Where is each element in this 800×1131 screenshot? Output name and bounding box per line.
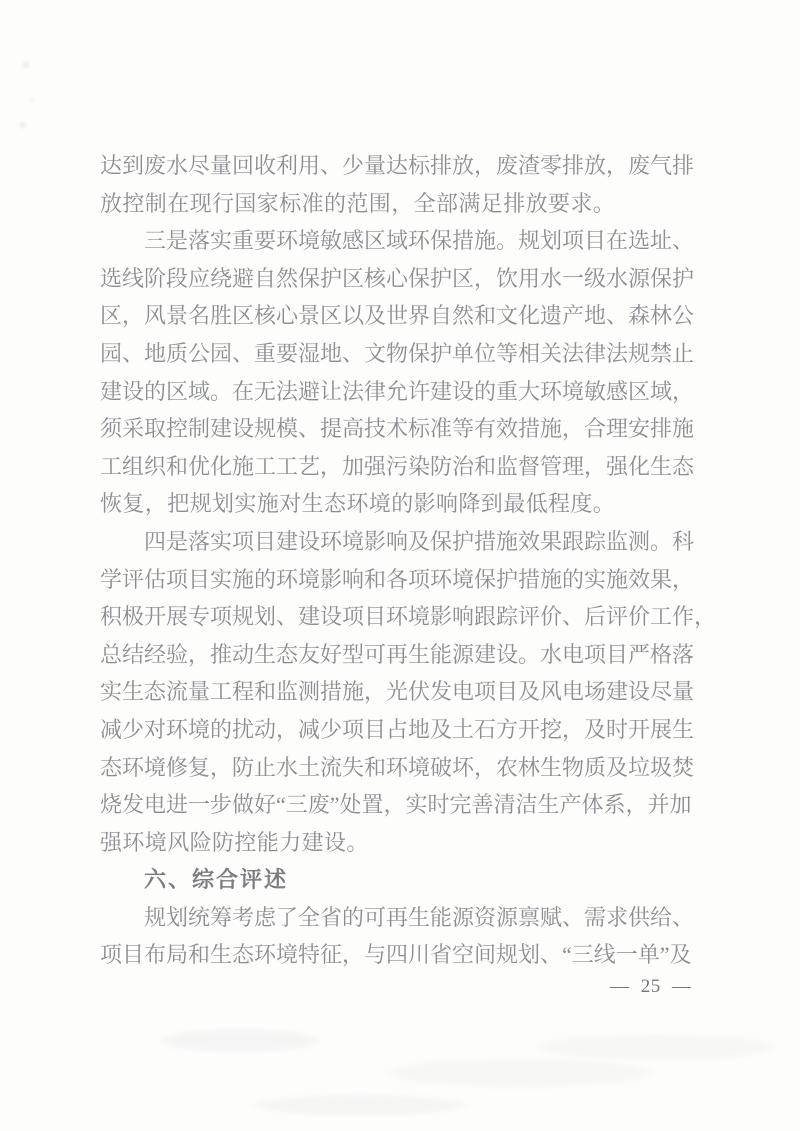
document-body: 达到废水尽量回收利用、少量达标排放，废渣零排放，废气排 放控制在现行国家标准的范… [100,147,690,974]
text-line: 选线阶段应绕避自然保护区核心保护区，饮用水一级水源保护 [100,260,690,298]
text-line: 实生态流量工程和监测措施，光伏发电项目及风电场建设尽量 [100,673,690,711]
text-line: 园、地质公园、重要湿地、文物保护单位等相关法律法规禁止 [100,335,690,373]
document-page: 达到废水尽量回收利用、少量达标排放，废渣零排放，废气排 放控制在现行国家标准的范… [0,0,800,1131]
text-line: 态环境修复，防止水土流失和环境破坏，农林生物质及垃圾焚 [100,749,690,787]
text-line: 四是落实项目建设环境影响及保护措施效果跟踪监测。科 [100,523,690,561]
text-line: 须采取控制建设规模、提高技术标准等有效措施，合理安排施 [100,410,690,448]
text-line: 建设的区域。在无法避让法律允许建设的重大环境敏感区域， [100,373,690,411]
text-line: 区，风景名胜区核心景区以及世界自然和文化遗产地、森林公 [100,297,690,335]
text-line: 恢复，把规划实施对生态环境的影响降到最低程度。 [100,485,690,523]
scan-bleed-through [0,1002,800,1131]
text-line: 减少对环境的扰动，减少项目占地及土石方开挖，及时开展生 [100,711,690,749]
text-line: 项目布局和生态环境特征，与四川省空间规划、“三线一单”及 [100,936,690,974]
scan-artifact [14,45,44,145]
text-line: 放控制在现行国家标准的范围，全部满足排放要求。 [100,185,690,223]
section-heading: 六、综合评述 [100,861,690,899]
text-line: 工组织和优化施工工艺，加强污染防治和监督管理，强化生态 [100,448,690,486]
text-line: 三是落实重要环境敏感区域环保措施。规划项目在选址、 [100,222,690,260]
text-line: 烧发电进一步做好“三废”处置，实时完善清洁生产体系，并加 [100,786,690,824]
text-line: 积极开展专项规划、建设项目环境影响跟踪评价、后评价工作， [100,598,690,636]
text-line: 强环境风险防控能力建设。 [100,824,690,862]
text-line: 规划统筹考虑了全省的可再生能源资源禀赋、需求供给、 [100,899,690,937]
text-line: 总结经验，推动生态友好型可再生能源建设。水电项目严格落 [100,636,690,674]
page-number: — 25 — [610,972,720,1002]
text-line: 达到废水尽量回收利用、少量达标排放，废渣零排放，废气排 [100,147,690,185]
text-line: 学评估项目实施的环境影响和各项环境保护措施的实施效果， [100,561,690,599]
